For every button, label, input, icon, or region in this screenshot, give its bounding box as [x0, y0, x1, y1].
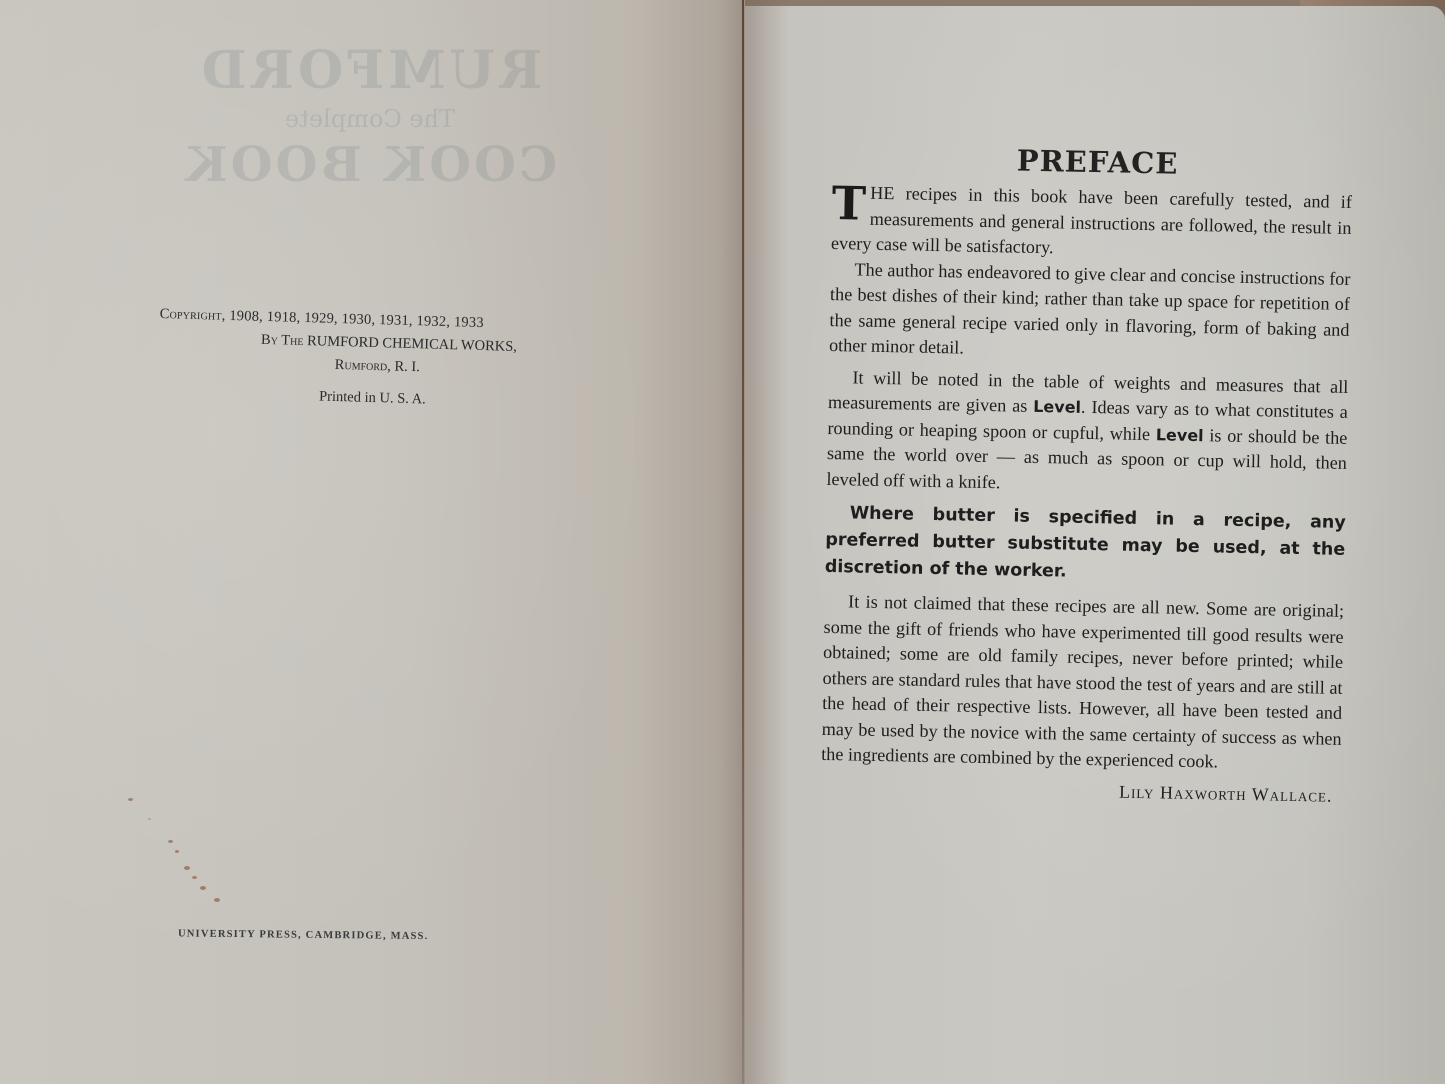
- ghost-title-line1: RUMFORD: [150, 40, 590, 101]
- publisher-by: By The: [261, 332, 304, 349]
- paragraph-1-text: HE recipes in this book have been carefu…: [831, 183, 1352, 258]
- preface-paragraph-2: The author has endeavored to give clear …: [829, 256, 1351, 368]
- foxing-stain: [120, 790, 250, 910]
- printer-imprint: UNIVERSITY PRESS, CAMBRIDGE, MASS.: [178, 928, 478, 942]
- left-page: RUMFORD The Complete COOK BOOK Copyright…: [0, 0, 745, 1084]
- publisher-name: RUMFORD CHEMICAL WORKS,: [303, 333, 517, 355]
- level-emphasis-1: Level: [1033, 397, 1081, 417]
- copyright-years: , 1908, 1918, 1929, 1930, 1931, 1932, 19…: [221, 308, 484, 331]
- preface-paragraph-butter-note: Where butter is specified in a recipe, a…: [825, 500, 1346, 591]
- preface-paragraph-3: It will be noted in the table of weights…: [826, 364, 1348, 501]
- preface-section: PREFACE THE recipes in this book have be…: [820, 140, 1353, 806]
- preface-paragraph-5: It is not claimed that these recipes are…: [821, 589, 1344, 777]
- printed-in: Printed in U. S. A.: [157, 381, 587, 416]
- preface-paragraph-1: THE recipes in this book have been caref…: [831, 180, 1352, 266]
- ghost-title-line2: The Complete: [150, 105, 590, 133]
- ghost-title-line3: COOK BOOK: [150, 137, 590, 193]
- copyright-notice: Copyright, 1908, 1918, 1929, 1930, 1931,…: [157, 303, 590, 416]
- bleed-through-title: RUMFORD The Complete COOK BOOK: [150, 40, 590, 193]
- level-emphasis-2: Level: [1156, 425, 1204, 445]
- open-book-spread: RUMFORD The Complete COOK BOOK Copyright…: [0, 0, 1445, 1084]
- drop-cap: T: [831, 184, 866, 223]
- copyright-label: Copyright: [159, 306, 221, 324]
- book-gutter: [742, 0, 744, 1084]
